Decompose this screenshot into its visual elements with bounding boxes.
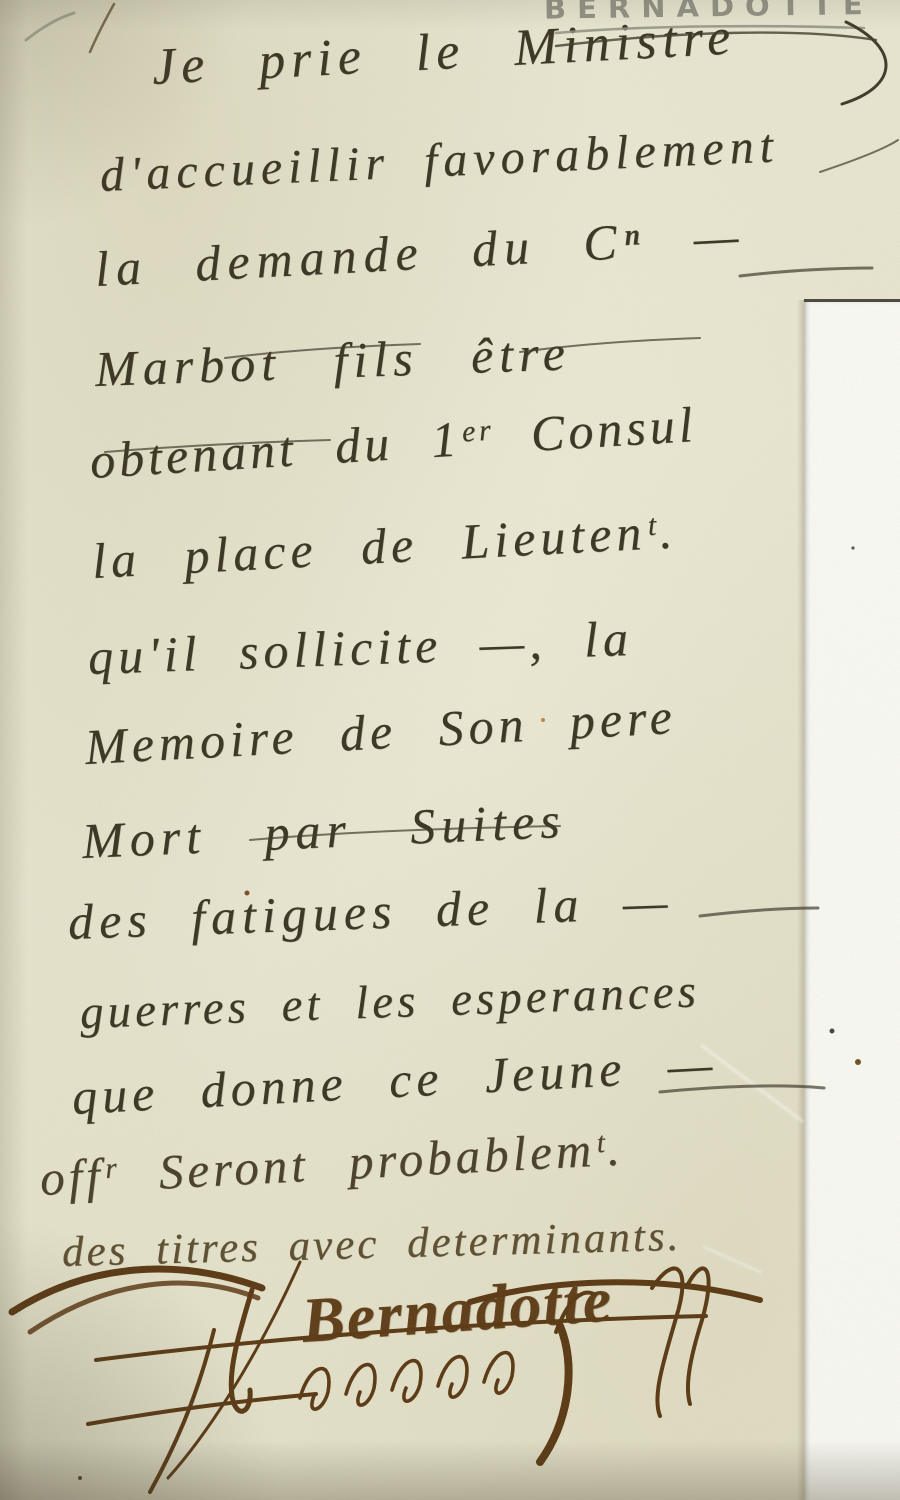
- handwriting-line-5: obtenant du 1ᵉʳ Consul: [88, 395, 698, 490]
- handwriting-line-12: que donne ce Jeune —: [70, 1034, 718, 1126]
- handwriting-line-11: guerres et les esperances: [79, 964, 701, 1040]
- handwriting-line-1: Je prie le Ministre: [150, 7, 737, 97]
- handwriting-line-2: d'accueillir favorablement: [99, 118, 780, 203]
- ink-corner-mark: [90, 4, 114, 52]
- handwriting-line-4: Marbot fils être: [94, 323, 572, 398]
- pencil-corner-mark: [26, 13, 74, 40]
- handwriting-line-13: offʳ Seront probablemᵗ.: [39, 1119, 625, 1206]
- handwriting-line-3: la demande du Cⁿ —: [93, 206, 746, 298]
- backing-sheet: [804, 299, 900, 1500]
- signature-name: Bernadotte: [299, 1262, 615, 1358]
- handwriting-line-8: Memoire de Son pere: [83, 687, 678, 776]
- manuscript-page: BERNADOTTE Je prie le Ministre d'accueil…: [0, 0, 900, 1500]
- handwriting-line-6: la place de Lieutenᵗ.: [90, 501, 678, 590]
- handwriting-line-9: Mort par Suites: [81, 791, 567, 870]
- handwriting-line-10: des fatigues de la —: [67, 872, 674, 951]
- handwriting-line-7: qu'il sollicite —, la: [87, 609, 634, 686]
- paper-crease-highlight: [702, 1245, 762, 1274]
- paper-cut-edge: [797, 300, 804, 1500]
- signature-flourish-left: [12, 1262, 300, 1492]
